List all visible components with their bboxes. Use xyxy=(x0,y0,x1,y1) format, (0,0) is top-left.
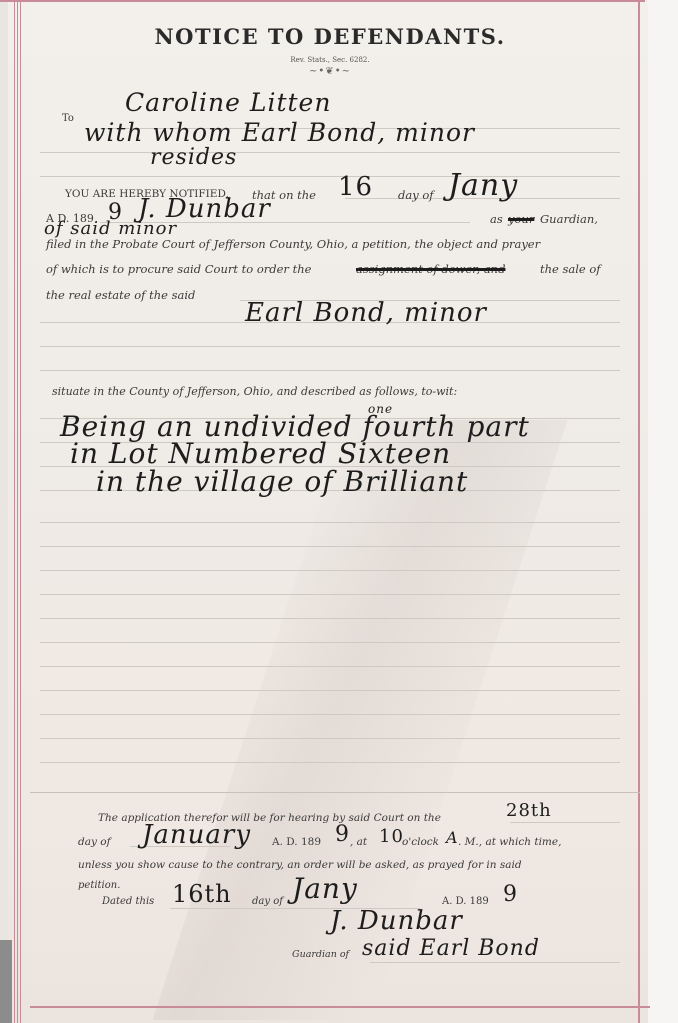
addressee-line-2: with whom Earl Bond, minor xyxy=(84,118,475,147)
hearing-ampm: A xyxy=(446,828,459,847)
ruled-line xyxy=(40,522,620,523)
object-text-end: the sale of xyxy=(540,262,601,276)
ruled-line xyxy=(40,738,620,739)
petition-text: petition. xyxy=(78,880,120,891)
dated-label: Dated this xyxy=(102,896,154,907)
margin-line xyxy=(17,0,18,1023)
ruled-line xyxy=(40,618,620,619)
ruled-line xyxy=(40,176,620,177)
guardian-label: Guardian, xyxy=(540,212,598,226)
struck-dower: assignment of dower, and xyxy=(356,262,505,276)
background-edge xyxy=(648,0,678,1023)
hearing-ad-label: A. D. 189 xyxy=(272,836,321,848)
ruled-line xyxy=(40,594,620,595)
filed-text: filed in the Probate Court of Jefferson … xyxy=(46,237,540,251)
at-label: , at xyxy=(350,836,367,848)
ruled-line xyxy=(370,962,620,963)
ruled-line xyxy=(40,152,620,153)
guardian-of-value: said Earl Bond xyxy=(362,936,540,961)
hearing-month: January xyxy=(142,820,251,850)
day-of-label: day of xyxy=(398,188,434,202)
dated-year-digit: 9 xyxy=(503,882,518,907)
ornament-icon: ~•❦•~ xyxy=(0,66,660,77)
ruled-line xyxy=(40,370,620,371)
owner-name: Earl Bond, minor xyxy=(245,298,487,328)
dated-day-of-label: day of xyxy=(252,896,283,907)
of-said-minor: of said minor xyxy=(44,218,177,239)
document-title: NOTICE TO DEFENDANTS. xyxy=(0,24,660,49)
notified-month: Jany xyxy=(448,168,518,203)
struck-your: your xyxy=(508,212,534,226)
oclock-label: o'clock xyxy=(402,836,439,848)
ruled-line xyxy=(40,570,620,571)
ruled-line xyxy=(40,690,620,691)
ruled-line xyxy=(40,714,620,715)
hearing-year-digit: 9 xyxy=(335,822,350,847)
description-line-3: in the village of Brilliant xyxy=(96,465,468,498)
background-edge-left xyxy=(0,940,12,1023)
notified-day: 16 xyxy=(338,172,373,202)
situate-text: situate in the County of Jefferson, Ohio… xyxy=(52,385,457,398)
guardian-of-label: Guardian of xyxy=(292,949,349,960)
as-label: as xyxy=(490,212,503,226)
top-border xyxy=(0,0,645,2)
ruled-line xyxy=(40,762,620,763)
ruled-line xyxy=(40,666,620,667)
ruled-line xyxy=(40,642,620,643)
margin-line-right xyxy=(638,0,640,1023)
margin-line xyxy=(20,0,21,1023)
which-time-text: . M., at which time, xyxy=(458,836,561,848)
real-estate-text: the real estate of the said xyxy=(46,288,195,302)
object-text: of which is to procure said Court to ord… xyxy=(46,262,311,276)
margin-line xyxy=(14,0,15,1023)
fold-line xyxy=(30,792,640,793)
statute-reference: Rev. Stats., Sec. 6282. xyxy=(0,56,660,64)
ruled-line xyxy=(40,346,620,347)
unless-text: unless you show cause to the contrary, a… xyxy=(78,859,522,871)
addressee-name: Caroline Litten xyxy=(125,88,331,117)
hearing-day-of-label: day of xyxy=(78,836,110,848)
bottom-border xyxy=(30,1006,650,1008)
addressee-line-3: resides xyxy=(150,145,237,170)
guardian-signature: J. Dunbar xyxy=(330,906,463,936)
ruled-line xyxy=(510,822,620,823)
dated-day: 16th xyxy=(172,880,232,908)
hearing-day: 28th xyxy=(506,800,552,821)
dated-month: Jany xyxy=(292,872,358,905)
ruled-line xyxy=(40,546,620,547)
hearing-hour: 10 xyxy=(379,826,404,847)
to-label: To xyxy=(62,113,74,124)
